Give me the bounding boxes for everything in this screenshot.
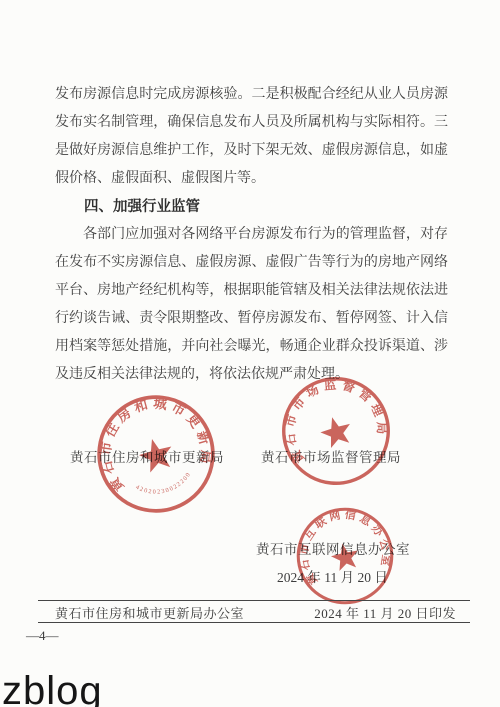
- paragraph-2: 各部门应加强对各网络平台房源发布行为的管理监督，对存在发布不实房源信息、虚假房源…: [55, 221, 448, 389]
- svg-text:42020230022200: 42020230022200: [133, 469, 196, 502]
- footer-row: 黄石市住房和城市更新局办公室 2024 年 11 月 20 日印发: [38, 603, 470, 622]
- body-text: 发布房源信息时完成房源核验。二是积极配合经纪从业人员房源发布实名制管理，确保信息…: [55, 81, 448, 389]
- star-icon: [329, 541, 361, 572]
- star-icon: [317, 413, 355, 450]
- svg-text:黄石市住房和城市更新局: 黄石市住房和城市更新局: [85, 382, 220, 497]
- section-heading: 四、加强行业监管: [55, 193, 448, 221]
- page-number: —4—: [26, 628, 59, 644]
- footer-issuer: 黄石市住房和城市更新局办公室: [38, 603, 244, 622]
- watermark-text: zblog: [2, 671, 103, 707]
- footer-rule-top: [38, 600, 470, 601]
- footer-rule-bottom: [38, 622, 470, 623]
- seal-ring-text: 黄石市互联网信息办公室: [287, 498, 396, 589]
- seal-serial-number: 42020230022200: [133, 469, 196, 502]
- footer-print-date: 2024 年 11 月 20 日印发: [314, 603, 470, 622]
- svg-text:黄石市互联网信息办公室: 黄石市互联网信息办公室: [287, 498, 396, 589]
- document-page: 发布房源信息时完成房源核验。二是积极配合经纪从业人员房源发布实名制管理，确保信息…: [0, 0, 500, 707]
- star-icon: [136, 435, 177, 474]
- official-seal-housing-bureau: 黄石市住房和城市更新局 42020230022200: [80, 378, 232, 530]
- seal-ring-text: 黄石市住房和城市更新局: [85, 382, 220, 497]
- official-seal-internet-office: 黄石市互联网信息办公室: [285, 496, 406, 617]
- paragraph-1: 发布房源信息时完成房源核验。二是积极配合经纪从业人员房源发布实名制管理，确保信息…: [55, 81, 448, 193]
